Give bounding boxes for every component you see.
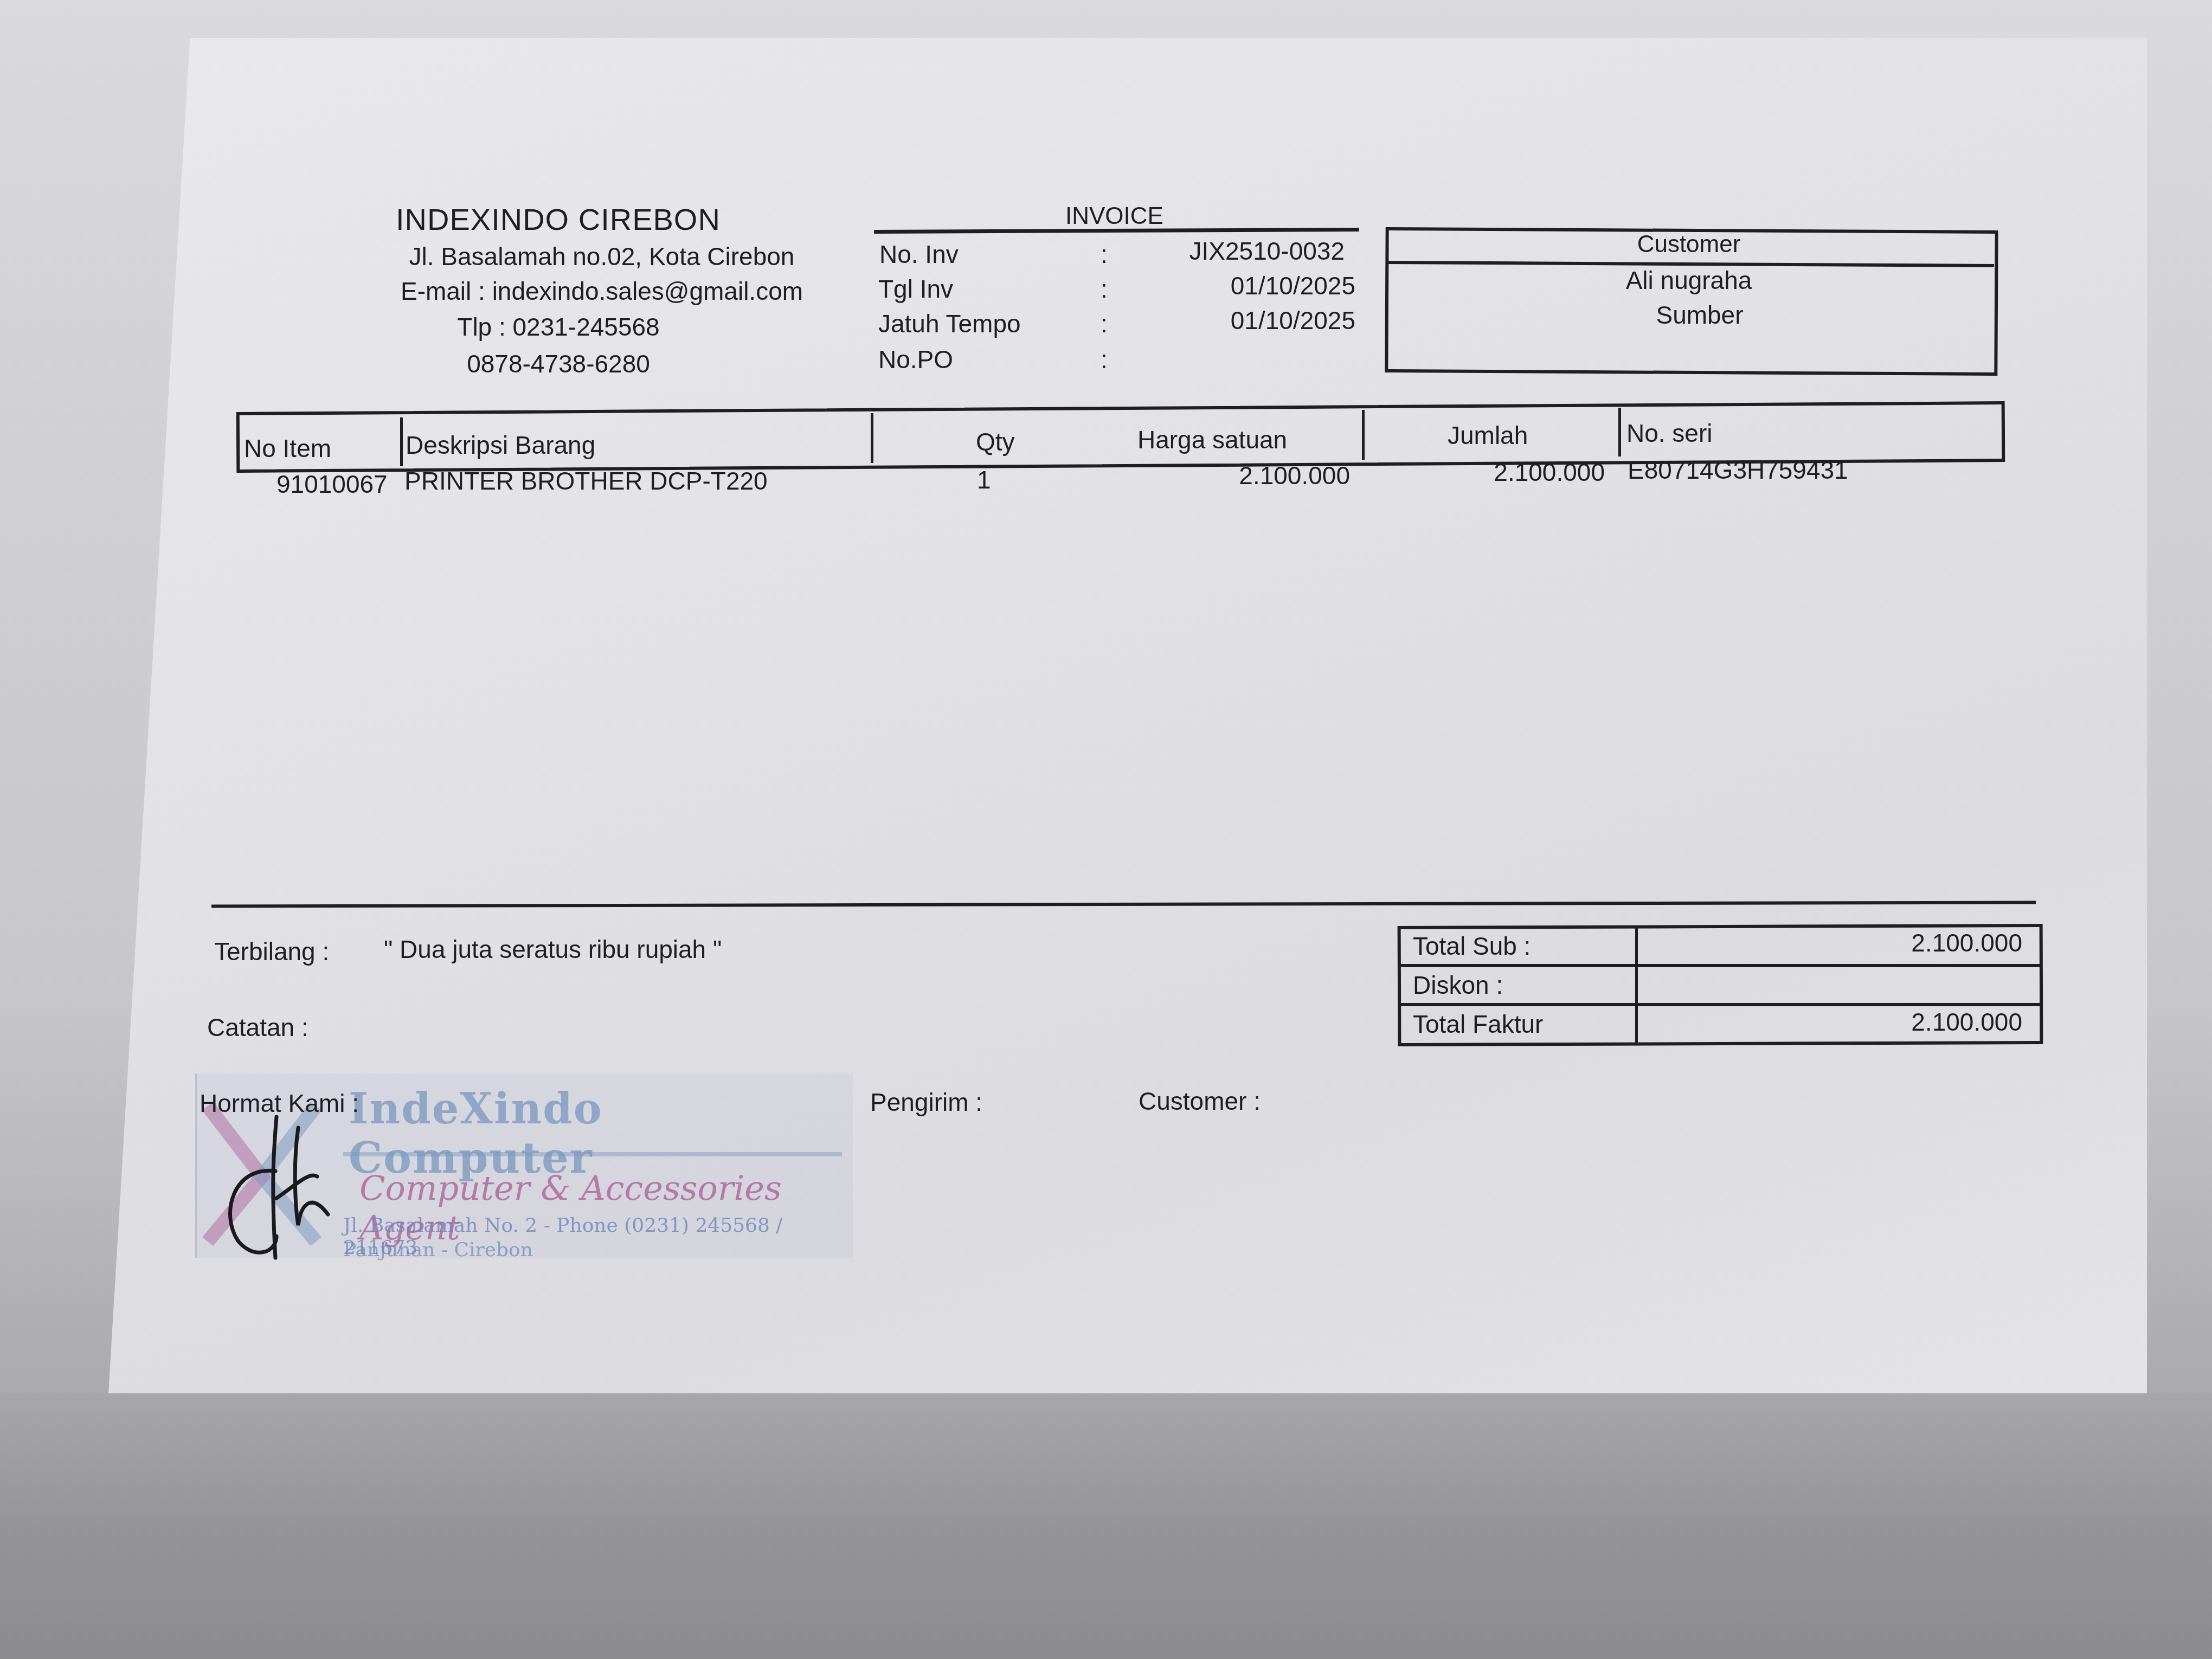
field-sep: : <box>1101 309 1108 338</box>
company-name: INDEXINDO CIREBON <box>396 202 721 237</box>
stamp-divider <box>343 1152 842 1156</box>
field-label-jatuh-tempo: Jatuh Tempo <box>878 309 1021 338</box>
signature-icon <box>217 1106 358 1263</box>
total-sub-label: Total Sub : <box>1413 931 1531 961</box>
stamp-city: Panjunan - Cirebon <box>343 1239 533 1261</box>
field-sep: : <box>1101 345 1108 374</box>
column-header-qty: Qty <box>976 427 1015 456</box>
company-mobile: 0878-4738-6280 <box>260 349 857 378</box>
total-sub-value: 2.100.000 <box>1659 928 2022 957</box>
catatan-label: Catatan : <box>207 1013 308 1042</box>
total-faktur-value: 2.100.000 <box>1659 1007 2022 1037</box>
column-header-unit-price: Harga satuan <box>1137 425 1287 454</box>
invoice-title: INVOICE <box>1065 203 1163 230</box>
terbilang-value: " Dua juta seratus ribu rupiah " <box>384 935 722 964</box>
field-value-tgl-inv: 01/10/2025 <box>1128 271 1355 300</box>
pengirim-label: Pengirim : <box>870 1088 982 1117</box>
cell-amount: 2.100.000 <box>1393 458 1605 487</box>
field-label-no-po: No.PO <box>878 345 953 374</box>
cell-unit-price: 2.100.000 <box>1139 461 1350 490</box>
cell-serial: E80714G3H759431 <box>1628 455 1848 485</box>
customer-location: Sumber <box>1399 300 2001 330</box>
field-value-jatuh-tempo: 01/10/2025 <box>1128 306 1355 335</box>
column-header-no-item: No Item <box>244 434 331 463</box>
company-email: E-mail : indexindo.sales@gmail.com <box>304 276 900 306</box>
table-surface <box>0 1393 2212 1659</box>
field-label-tgl-inv: Tgl Inv <box>878 274 953 304</box>
customer-header: Customer <box>1388 231 1990 258</box>
column-header-description: Deskripsi Barang <box>406 430 595 460</box>
total-faktur-label: Total Faktur <box>1413 1009 1543 1039</box>
field-sep: : <box>1101 274 1108 304</box>
field-sep: : <box>1101 240 1108 269</box>
customer-signature-label: Customer : <box>1139 1086 1261 1116</box>
company-address: Jl. Basalamah no.02, Kota Cirebon <box>304 242 900 271</box>
totals-row-rule <box>1399 964 2041 967</box>
totals-row-rule <box>1399 1003 2041 1006</box>
hormat-kami-label: Hormat Kami : <box>200 1089 359 1118</box>
col-divider <box>400 417 403 466</box>
terbilang-label: Terbilang : <box>214 937 329 966</box>
cell-description: PRINTER BROTHER DCP-T220 <box>404 466 768 496</box>
totals-col-divider <box>1635 927 1638 1044</box>
cell-no-item: 91010067 <box>276 470 388 499</box>
field-label-no-inv: No. Inv <box>879 240 959 269</box>
col-divider <box>1618 408 1621 456</box>
col-divider <box>1362 410 1365 460</box>
cell-qty: 1 <box>977 465 991 494</box>
col-divider <box>871 413 873 463</box>
diskon-label: Diskon : <box>1413 970 1503 1000</box>
column-header-serial: No. seri <box>1626 419 1712 448</box>
field-value-no-inv: JIX2510-0032 <box>1117 236 1345 266</box>
column-header-amount: Jumlah <box>1448 421 1528 450</box>
company-phone: Tlp : 0231-245568 <box>260 312 857 342</box>
customer-name: Ali nugraha <box>1388 266 1990 295</box>
